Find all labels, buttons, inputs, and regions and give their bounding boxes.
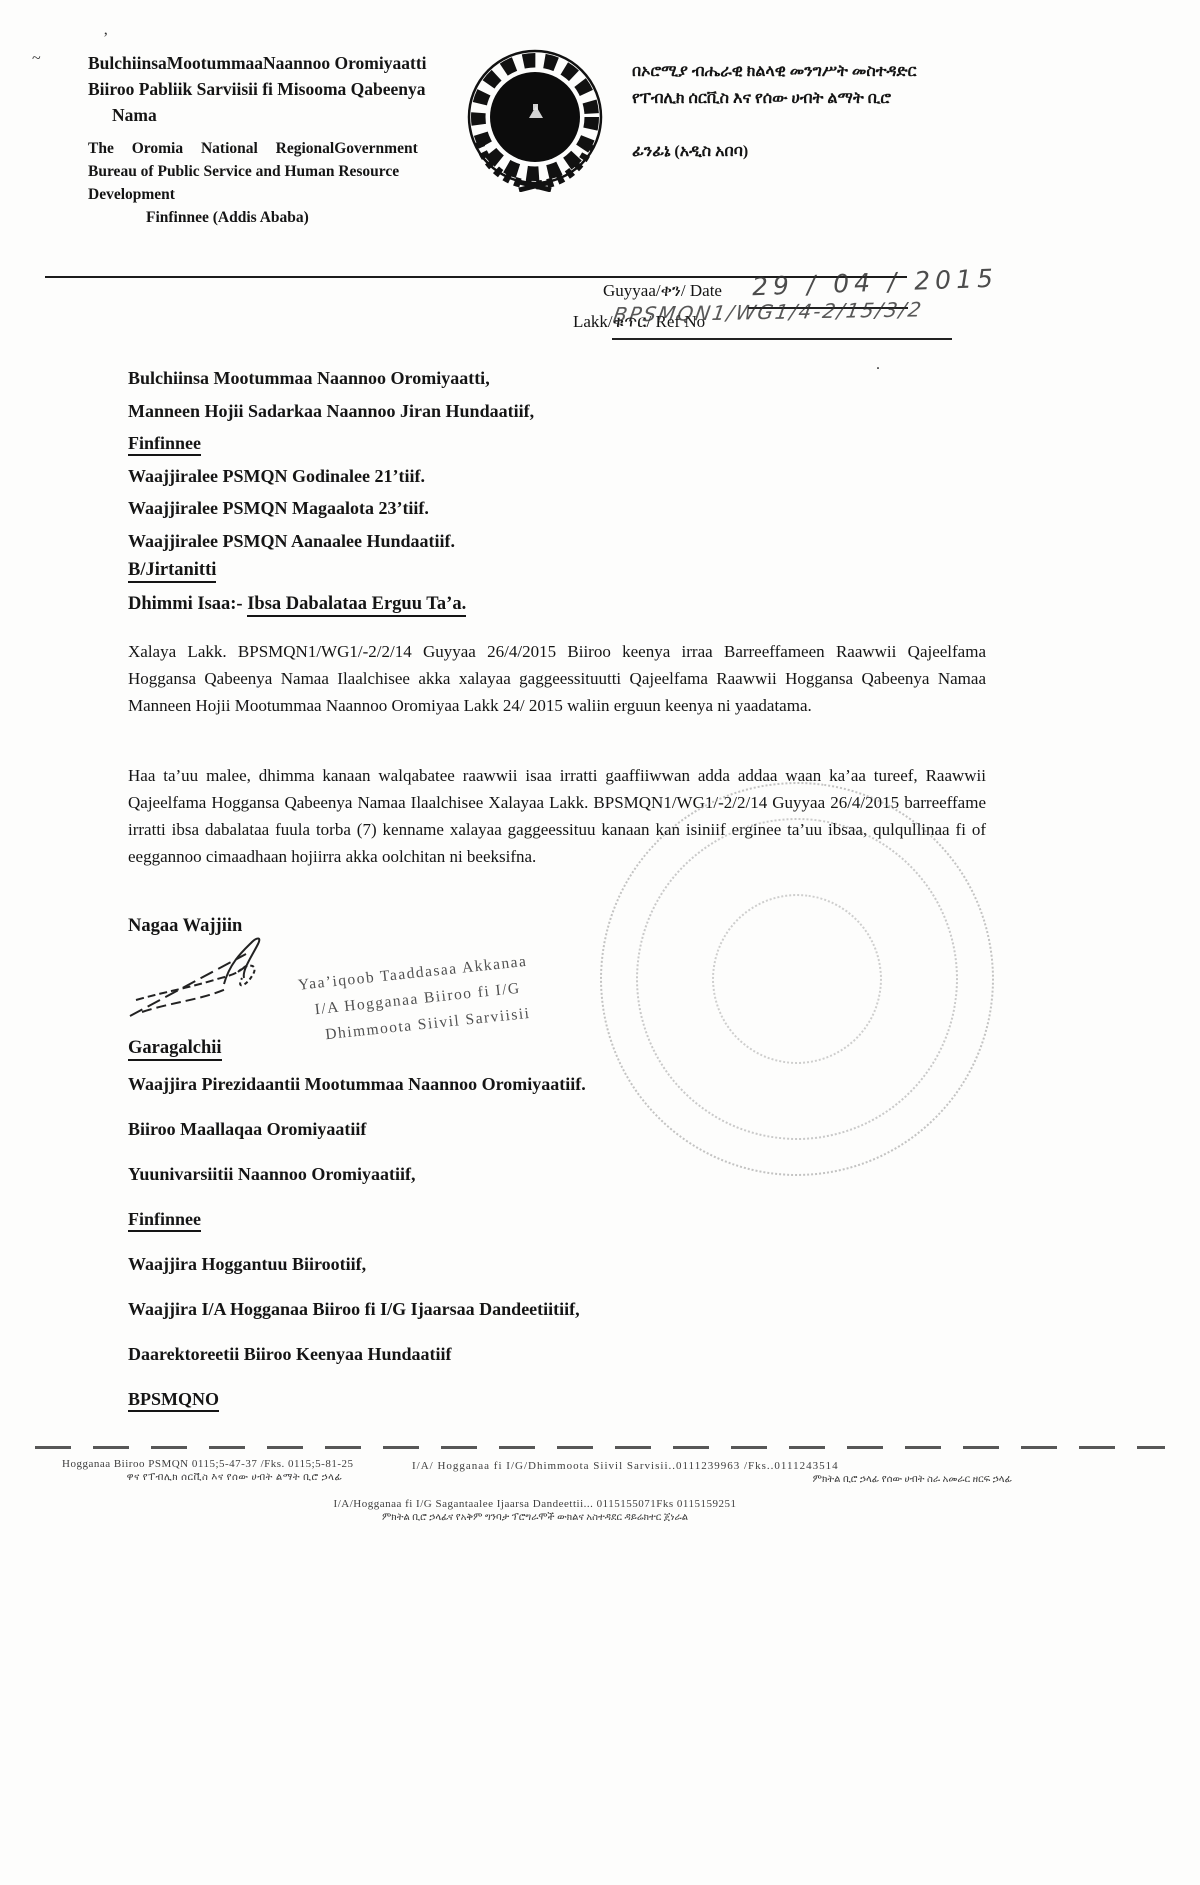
recipient-line-finfinnee: Finfinnee xyxy=(128,433,201,456)
letterhead-right-amharic: በኦሮሚያ ብሔራዊ ክልላዊ መንግሥት መስተዳድር የፐብሊክ ሰርቪስ … xyxy=(632,58,1162,165)
org-name-english-line1: The Oromia National RegionalGovernment xyxy=(88,137,478,160)
ref-handwritten-value: BPSMQN1/WG1/4-2/15/3/2 xyxy=(612,297,925,326)
org-name-oromo-line3: Nama xyxy=(88,102,478,128)
bureau-seal-logo xyxy=(463,46,607,192)
cc-item: Waajjira Hoggantuu Biirootiif, xyxy=(128,1254,586,1299)
org-name-english-line3: Development xyxy=(88,183,478,206)
org-name-oromo-line2: Biiroo Pabliik Sarviisii fi Misooma Qabe… xyxy=(88,76,478,102)
recipient-line: Waajjiralee PSMQN Godinalee 21’tiif. xyxy=(128,460,534,493)
recipient-line: Waajjiralee PSMQN Aanaalee Hundaatiif. xyxy=(128,525,534,558)
letterhead-left: BulchiinsaMootummaaNaannoo Oromiyaatti B… xyxy=(88,50,478,229)
body-paragraph-1: Xalaya Lakk. BPSMQN1/WG1/-2/2/14 Guyyaa … xyxy=(128,638,986,719)
footer-right-contact: I/A/ Hogganaa fi I/G/Dhimmoota Siivil Sa… xyxy=(412,1460,1012,1472)
scanned-letter-page: ’ ~ . BulchiinsaMootummaaNaannoo Oromiya… xyxy=(0,0,1200,1885)
recipient-line: Bulchiinsa Mootummaa Naannoo Oromiyaatti… xyxy=(128,362,534,395)
org-name-amharic-line2: የፐብሊክ ሰርቪስ እና የሰው ሀብት ልማት ቢሮ xyxy=(632,85,1162,112)
cc-item: Daarektoreetii Biiroo Keenyaa Hundaatiif xyxy=(128,1344,586,1389)
subject-label: Dhimmi Isaa:- xyxy=(128,594,247,614)
scan-artifact-tick: ’ xyxy=(103,30,108,48)
org-name-english-line2: Bureau of Public Service and Human Resou… xyxy=(88,160,478,183)
scan-artifact-dot: . xyxy=(876,356,880,374)
date-handwritten-value: 29 / 04 / 2015 xyxy=(752,264,999,302)
org-name-oromo-line1: BulchiinsaMootummaaNaannoo Oromiyaatti xyxy=(88,50,478,76)
cc-item-bpsmqno: BPSMQNO xyxy=(128,1389,219,1412)
org-name-amharic-line1: በኦሮሚያ ብሔራዊ ክልላዊ መንግሥት መስተዳድር xyxy=(632,58,1162,85)
cc-label: Garagalchii xyxy=(128,1038,222,1061)
salutation: B/Jirtanitti xyxy=(128,560,216,583)
cc-item: Yuunivarsiitii Naannoo Oromiyaatiif, xyxy=(128,1164,586,1209)
cc-list: Waajjira Pirezidaantii Mootummaa Naannoo… xyxy=(128,1074,586,1434)
footer-right-block: I/A/ Hogganaa fi I/G/Dhimmoota Siivil Sa… xyxy=(412,1460,1012,1485)
date-label: Guyyaa/ቀን/ Date xyxy=(603,281,722,301)
footer-divider-dashes xyxy=(35,1446,1165,1449)
cc-item: Biiroo Maallaqaa Oromiyaatiif xyxy=(128,1119,586,1164)
footer-left-block: Hogganaa Biiroo PSMQN 0115;5-47-37 /Fks.… xyxy=(62,1458,407,1483)
footer-center-block: I/A/Hogganaa fi I/G Sagantaalee Ijaarsa … xyxy=(250,1498,820,1523)
ref-underline xyxy=(612,338,952,340)
cc-item: Waajjira Pirezidaantii Mootummaa Naannoo… xyxy=(128,1074,586,1119)
subject-line: Dhimmi Isaa:- Ibsa Dabalataa Erguu Ta’a. xyxy=(128,594,466,615)
subject-text: Ibsa Dabalataa Erguu Ta’a. xyxy=(247,594,466,617)
footer-left-amharic: ዋና የፐብሊክ ሰርቪስ እና የሰው ሀብት ልማት ቢሮ ኃላፊ xyxy=(62,1472,407,1483)
footer-center-contact: I/A/Hogganaa fi I/G Sagantaalee Ijaarsa … xyxy=(250,1498,820,1510)
footer-center-amharic: ምክትል ቢሮ ኃላፊና የአቅም ግንባታ ፕሮግራሞች ውክልና አስተዳደ… xyxy=(250,1512,820,1523)
footer-right-amharic: ምክትል ቢሮ ኃላፊ የሰው ሀብት ስራ አመራር ዘርፍ ኃላፊ xyxy=(412,1474,1012,1485)
scan-artifact-tilde: ~ xyxy=(32,50,41,68)
org-location-amharic: ፊንፊኔ (አዲስ አበባ) xyxy=(632,138,1162,165)
cc-item: Waajjira I/A Hogganaa Biiroo fi I/G Ijaa… xyxy=(128,1299,586,1344)
cc-item-finfinnee: Finfinnee xyxy=(128,1209,201,1232)
org-location-english: Finfinnee (Addis Ababa) xyxy=(88,206,478,229)
footer-left-contact: Hogganaa Biiroo PSMQN 0115;5-47-37 /Fks.… xyxy=(62,1458,407,1470)
recipient-block: Bulchiinsa Mootummaa Naannoo Oromiyaatti… xyxy=(128,362,534,557)
recipient-line: Waajjiralee PSMQN Magaalota 23’tiif. xyxy=(128,492,534,525)
recipient-line: Manneen Hojii Sadarkaa Naannoo Jiran Hun… xyxy=(128,395,534,428)
